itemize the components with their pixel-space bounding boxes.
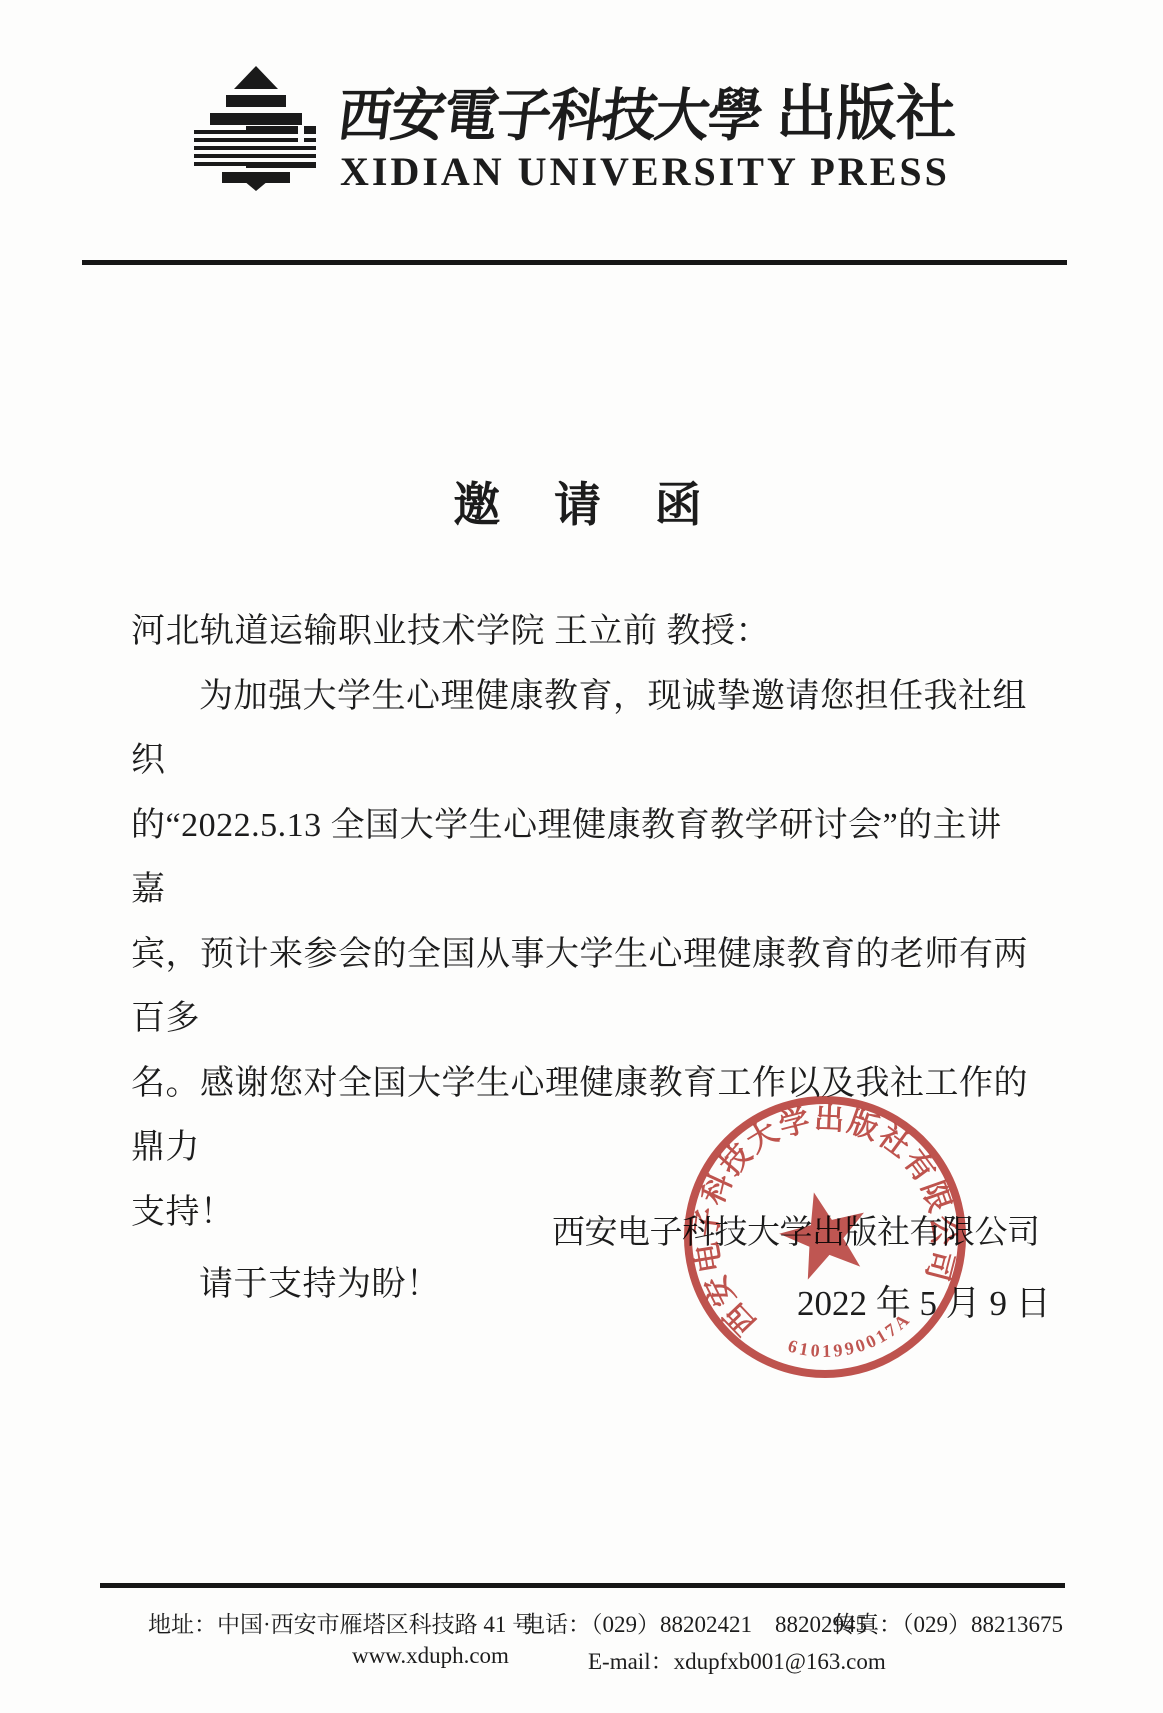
email-label: E-mail： bbox=[588, 1649, 674, 1674]
header-divider bbox=[82, 260, 1067, 265]
seal-star-icon bbox=[771, 1182, 876, 1284]
fax-label: 传真： bbox=[833, 1612, 902, 1637]
seal-serial-number: 6101990017A bbox=[782, 1306, 920, 1374]
phone-label: 电话： bbox=[522, 1612, 591, 1637]
fax-value: （029）88213675 bbox=[902, 1612, 1063, 1637]
address-label: 地址： bbox=[148, 1612, 217, 1637]
salutation: 河北轨道运输职业技术学院 王立前 教授： bbox=[131, 600, 1036, 665]
footer-website: www.xduph.com bbox=[352, 1643, 509, 1669]
xidian-press-logo-icon bbox=[192, 64, 320, 192]
footer-divider bbox=[100, 1583, 1065, 1588]
footer-fax: 传真：（029）88213675 bbox=[833, 1606, 1063, 1639]
address-value: 中国·西安市雁塔区科技路 41 号 bbox=[217, 1612, 535, 1637]
phone-value: （029）88202421 88202945 bbox=[591, 1612, 867, 1637]
email-value: xdupfxb001@163.com bbox=[674, 1649, 886, 1674]
invitation-letter-page: 西安電子科技大學 出版社 XIDIAN UNIVERSITY PRESS 邀 请… bbox=[0, 0, 1163, 1713]
press-name-chinese: 西安電子科技大學 出版社 bbox=[330, 62, 956, 152]
footer-phone: 电话：（029）88202421 88202945 bbox=[522, 1606, 867, 1639]
svg-text:6101990017A: 6101990017A bbox=[782, 1306, 920, 1374]
press-name-suffix: 出版社 bbox=[776, 66, 956, 152]
press-name-english: XIDIAN UNIVERSITY PRESS bbox=[340, 148, 950, 195]
body-line: 为加强大学生心理健康教育，现诚挚邀请您担任我社组织 bbox=[131, 665, 1036, 794]
body-line: 宾，预计来参会的全国从事大学生心理健康教育的老师有两百多 bbox=[131, 923, 1036, 1052]
body-line: 的“2022.5.13 全国大学生心理健康教育教学研讨会”的主讲嘉 bbox=[131, 794, 1036, 923]
footer-address: 地址：中国·西安市雁塔区科技路 41 号 bbox=[148, 1606, 535, 1639]
press-name-calligraphy: 西安電子科技大學 bbox=[334, 70, 766, 152]
footer-email: E-mail：xdupfxb001@163.com bbox=[588, 1643, 886, 1676]
letter-title: 邀 请 函 bbox=[0, 468, 1163, 535]
